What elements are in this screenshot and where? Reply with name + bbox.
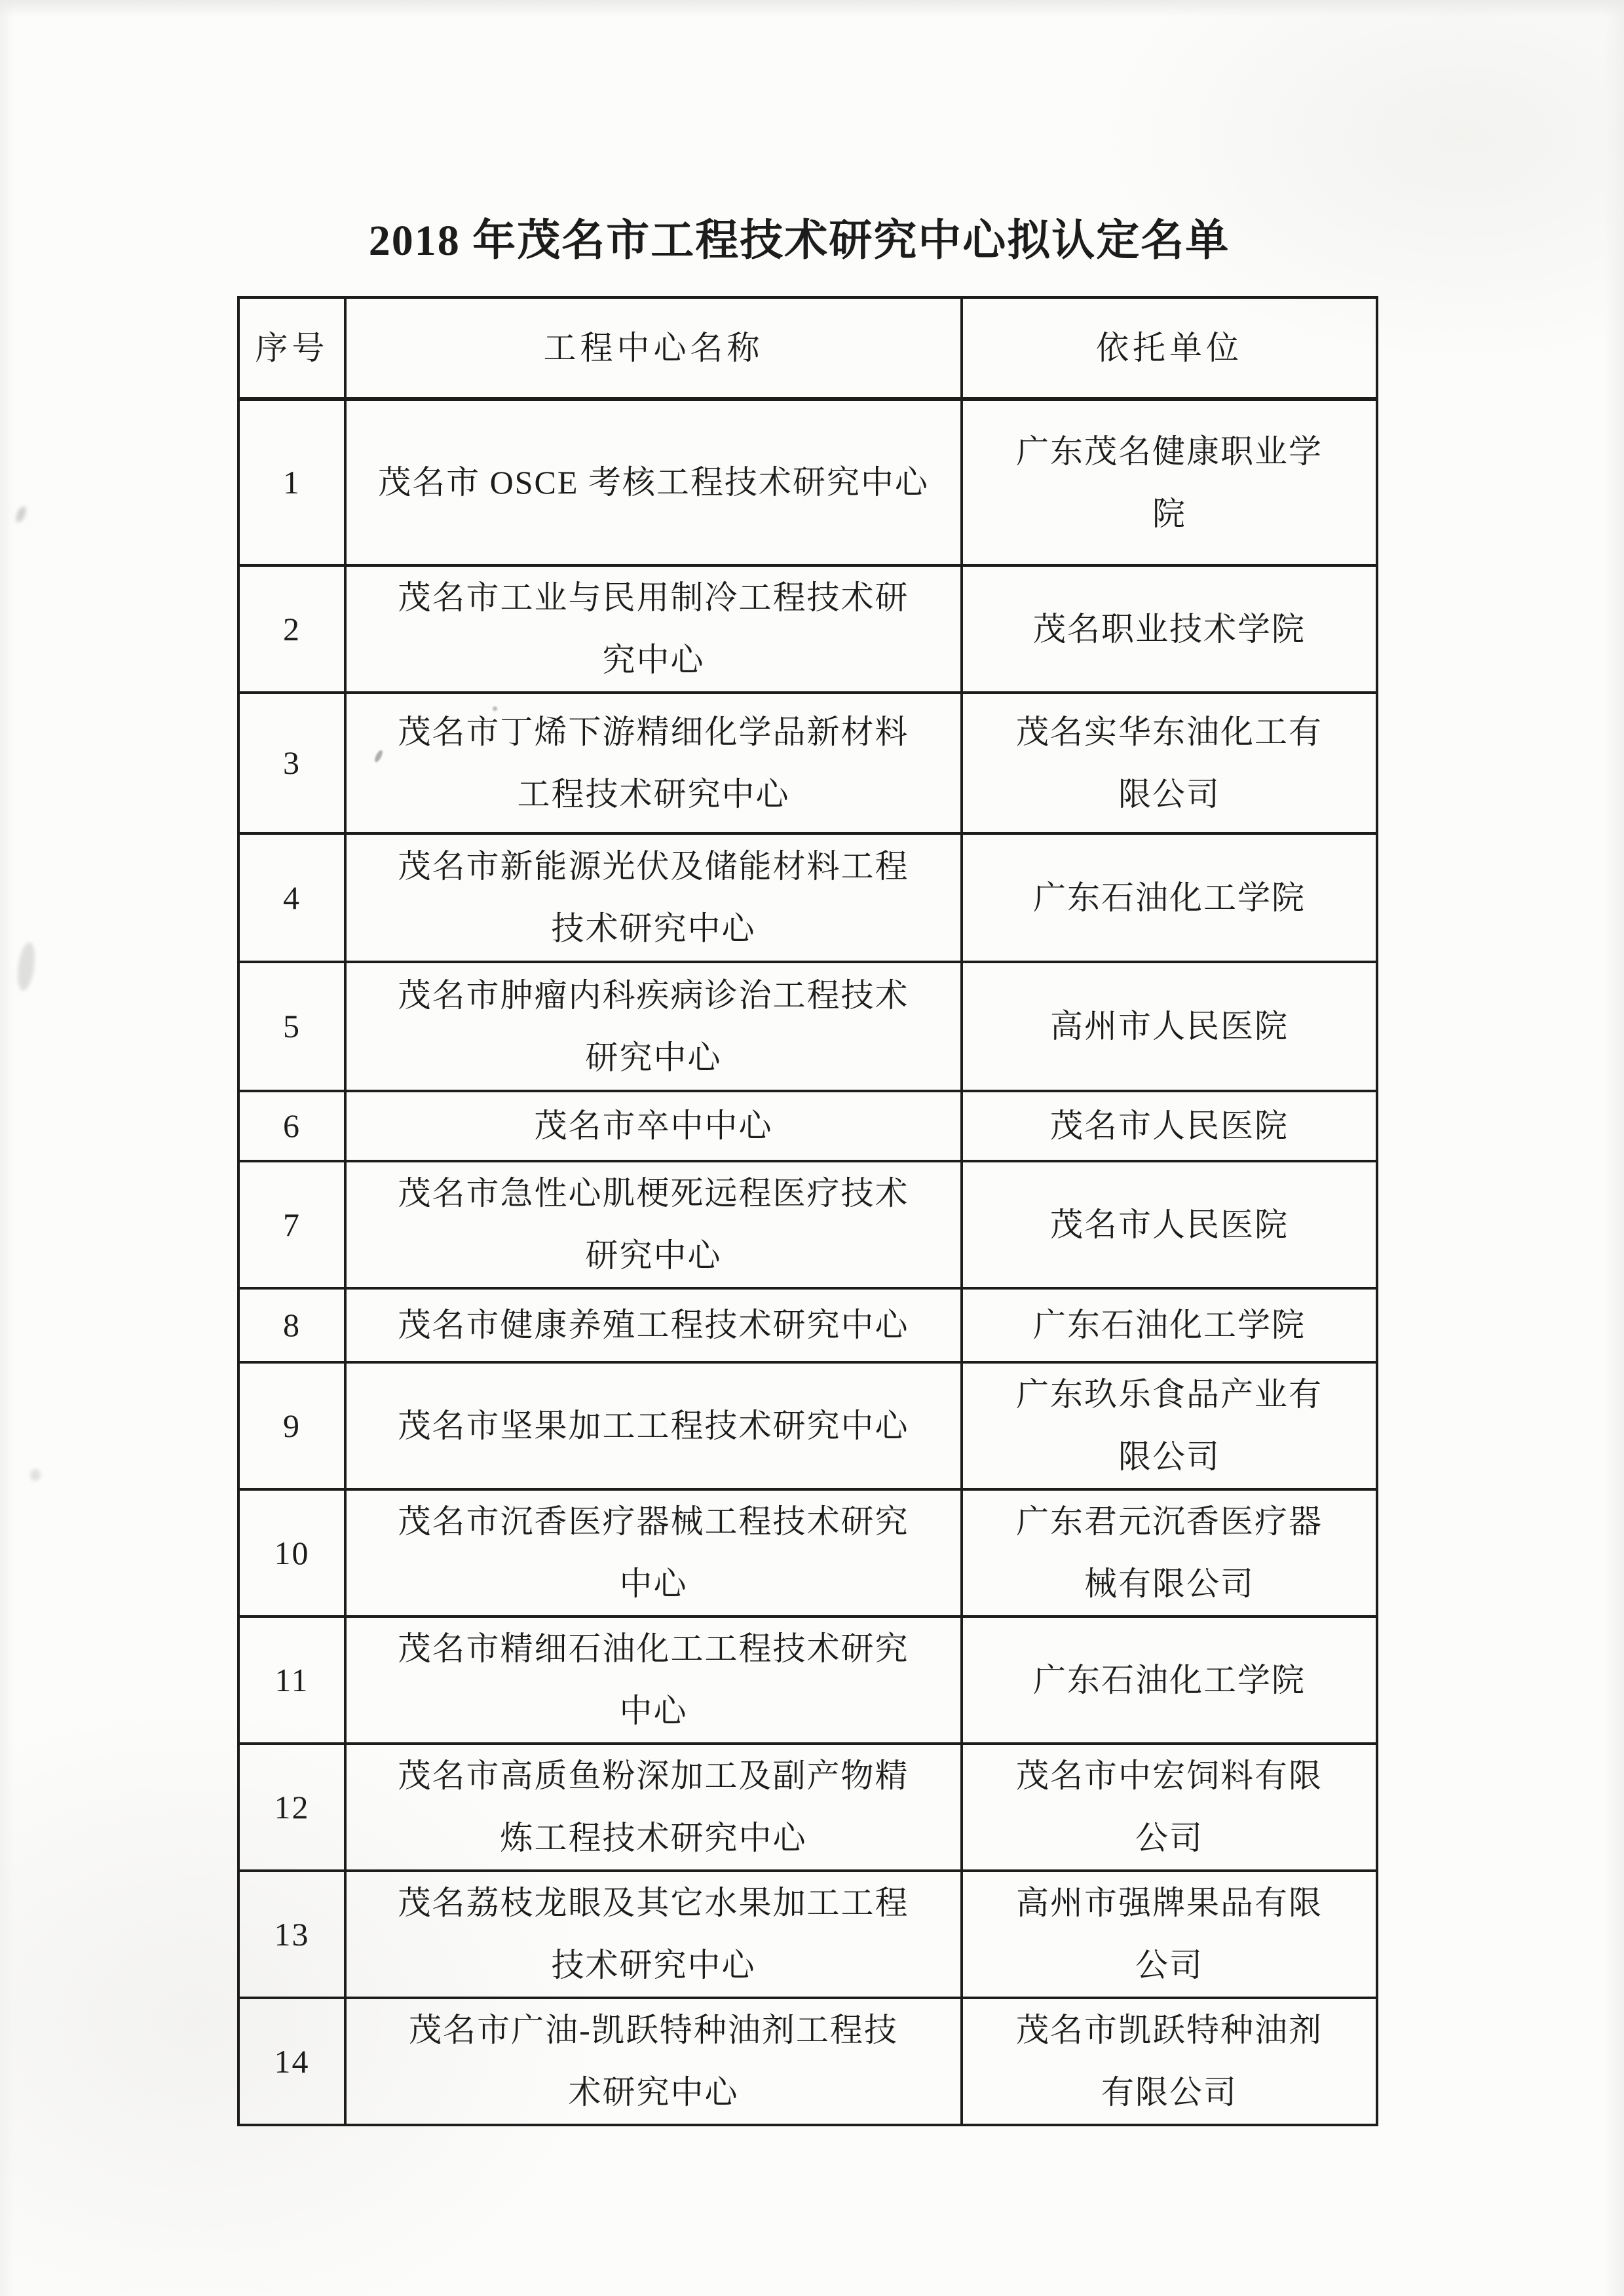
serial-number-cell: 1 (238, 399, 345, 565)
table-row: 7茂名市急性心肌梗死远程医疗技术 研究中心茂名市人民医院 (238, 1161, 1377, 1288)
table-row: 11茂名市精细石油化工工程技术研究 中心广东石油化工学院 (238, 1617, 1377, 1744)
supporting-unit-cell: 茂名市凯跃特种油剂 有限公司 (962, 1998, 1377, 2125)
center-name-cell: 茂名荔枝龙眼及其它水果加工工程 技术研究中心 (345, 1871, 962, 1998)
supporting-unit-cell: 茂名市中宏饲料有限 公司 (962, 1744, 1377, 1871)
table-row: 3茂名市丁烯下游精细化学品新材料 工程技术研究中心茂名实华东油化工有 限公司 (238, 693, 1377, 833)
supporting-unit-cell: 茂名实华东油化工有 限公司 (962, 693, 1377, 833)
supporting-unit-cell: 高州市强牌果品有限 公司 (962, 1871, 1377, 1998)
serial-number-cell: 7 (238, 1161, 345, 1288)
center-name-cell: 茂名市丁烯下游精细化学品新材料 工程技术研究中心 (345, 693, 962, 833)
supporting-unit-cell: 广东石油化工学院 (962, 1288, 1377, 1362)
table-row: 12茂名市高质鱼粉深加工及副产物精 炼工程技术研究中心茂名市中宏饲料有限 公司 (238, 1744, 1377, 1871)
supporting-unit-cell: 茂名职业技术学院 (962, 565, 1377, 693)
center-name-cell: 茂名市精细石油化工工程技术研究 中心 (345, 1617, 962, 1744)
supporting-unit-cell: 茂名市人民医院 (962, 1161, 1377, 1288)
center-name-cell: 茂名市新能源光伏及储能材料工程 技术研究中心 (345, 833, 962, 962)
serial-number-cell: 5 (238, 962, 345, 1091)
center-name-cell: 茂名市急性心肌梗死远程医疗技术 研究中心 (345, 1161, 962, 1288)
supporting-unit-cell: 高州市人民医院 (962, 962, 1377, 1091)
serial-number-cell: 9 (238, 1362, 345, 1489)
supporting-unit-cell: 广东君元沉香医疗器 械有限公司 (962, 1489, 1377, 1617)
document-title: 2018 年茂名市工程技术研究中心拟认定名单 (223, 216, 1376, 266)
scan-smudge (15, 942, 37, 992)
supporting-unit-cell: 茂名市人民医院 (962, 1091, 1377, 1161)
scan-smudge (493, 706, 497, 711)
serial-number-cell: 12 (238, 1744, 345, 1871)
table-body: 1茂名市 OSCE 考核工程技术研究中心广东茂名健康职业学 院2茂名市工业与民用… (238, 399, 1377, 2125)
center-name-cell: 茂名市卒中中心 (345, 1091, 962, 1161)
center-name-cell: 茂名市工业与民用制冷工程技术研 究中心 (345, 565, 962, 693)
scan-smudge (14, 505, 28, 524)
header-center-name: 工程中心名称 (345, 297, 962, 399)
table-row: 9茂名市坚果加工工程技术研究中心广东玖乐食品产业有 限公司 (238, 1362, 1377, 1489)
center-name-cell: 茂名市 OSCE 考核工程技术研究中心 (345, 399, 962, 565)
center-name-cell: 茂名市沉香医疗器械工程技术研究 中心 (345, 1489, 962, 1617)
serial-number-cell: 13 (238, 1871, 345, 1998)
table-header-row: 序号 工程中心名称 依托单位 (238, 297, 1377, 399)
table-row: 13茂名荔枝龙眼及其它水果加工工程 技术研究中心高州市强牌果品有限 公司 (238, 1871, 1377, 1998)
center-name-cell: 茂名市高质鱼粉深加工及副产物精 炼工程技术研究中心 (345, 1744, 962, 1871)
supporting-unit-cell: 广东石油化工学院 (962, 833, 1377, 962)
serial-number-cell: 6 (238, 1091, 345, 1161)
center-name-cell: 茂名市肿瘤内科疾病诊治工程技术 研究中心 (345, 962, 962, 1091)
center-name-cell: 茂名市坚果加工工程技术研究中心 (345, 1362, 962, 1489)
header-supporting-unit: 依托单位 (962, 297, 1377, 399)
table-row: 2茂名市工业与民用制冷工程技术研 究中心茂名职业技术学院 (238, 565, 1377, 693)
serial-number-cell: 14 (238, 1998, 345, 2125)
serial-number-cell: 10 (238, 1489, 345, 1617)
supporting-unit-cell: 广东茂名健康职业学 院 (962, 399, 1377, 565)
recognition-list-table: 序号 工程中心名称 依托单位 1茂名市 OSCE 考核工程技术研究中心广东茂名健… (237, 296, 1378, 2126)
serial-number-cell: 3 (238, 693, 345, 833)
center-name-cell: 茂名市广油-凯跃特种油剂工程技 术研究中心 (345, 1998, 962, 2125)
table-row: 14茂名市广油-凯跃特种油剂工程技 术研究中心茂名市凯跃特种油剂 有限公司 (238, 1998, 1377, 2125)
table-row: 10茂名市沉香医疗器械工程技术研究 中心广东君元沉香医疗器 械有限公司 (238, 1489, 1377, 1617)
table-row: 8茂名市健康养殖工程技术研究中心广东石油化工学院 (238, 1288, 1377, 1362)
serial-number-cell: 8 (238, 1288, 345, 1362)
center-name-cell: 茂名市健康养殖工程技术研究中心 (345, 1288, 962, 1362)
serial-number-cell: 2 (238, 565, 345, 693)
serial-number-cell: 4 (238, 833, 345, 962)
table-row: 4茂名市新能源光伏及储能材料工程 技术研究中心广东石油化工学院 (238, 833, 1377, 962)
table-row: 6茂名市卒中中心茂名市人民医院 (238, 1091, 1377, 1161)
scan-smudge (30, 1469, 41, 1481)
supporting-unit-cell: 广东石油化工学院 (962, 1617, 1377, 1744)
table-row: 5茂名市肿瘤内科疾病诊治工程技术 研究中心高州市人民医院 (238, 962, 1377, 1091)
supporting-unit-cell: 广东玖乐食品产业有 限公司 (962, 1362, 1377, 1489)
serial-number-cell: 11 (238, 1617, 345, 1744)
header-serial-number: 序号 (238, 297, 345, 399)
table-row: 1茂名市 OSCE 考核工程技术研究中心广东茂名健康职业学 院 (238, 399, 1377, 565)
scanned-document-page: 2018 年茂名市工程技术研究中心拟认定名单 序号 工程中心名称 依托单位 1茂… (0, 0, 1624, 2296)
